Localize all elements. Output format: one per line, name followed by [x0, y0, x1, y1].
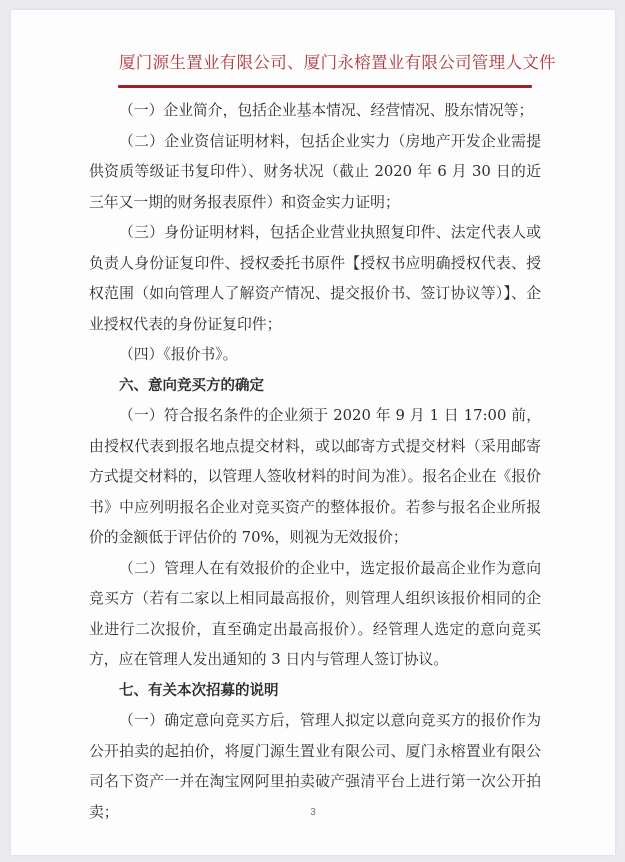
paragraph-credit-proof: （二）企业资信证明材料，包括企业实力（房地产开发企业需提供资质等级证书复印件）、… [89, 127, 541, 219]
paragraph-company-intro: （一）企业简介，包括企业基本情况、经营情况、股东情况等； [89, 96, 541, 127]
document-body: （一）企业简介，包括企业基本情况、经营情况、股东情况等； （二）企业资信证明材料… [89, 96, 541, 828]
paragraph-quotation: （四）《报价书》。 [89, 340, 541, 371]
paragraph-bidder-selection: （二）管理人在有效报价的企业中，选定报价最高企业作为意向竞买方（若有二家以上相同… [89, 554, 541, 676]
header-divider [118, 85, 532, 88]
paragraph-registration-deadline: （一）符合报名条件的企业须于 2020 年 9 月 1 日 17:00 前，由授… [89, 401, 541, 554]
document-page: 厦门源生置业有限公司、厦门永榕置业有限公司管理人文件 （一）企业简介，包括企业基… [11, 10, 615, 855]
section-heading-6: 六、意向竞买方的确定 [89, 371, 541, 402]
document-header-title: 厦门源生置业有限公司、厦门永榕置业有限公司管理人文件 [119, 49, 529, 73]
section-heading-7: 七、有关本次招募的说明 [89, 676, 541, 707]
page-number: 3 [11, 807, 615, 818]
paragraph-identity-proof: （三）身份证明材料，包括企业营业执照复印件、法定代表人或负责人身份证复印件、授权… [89, 218, 541, 340]
